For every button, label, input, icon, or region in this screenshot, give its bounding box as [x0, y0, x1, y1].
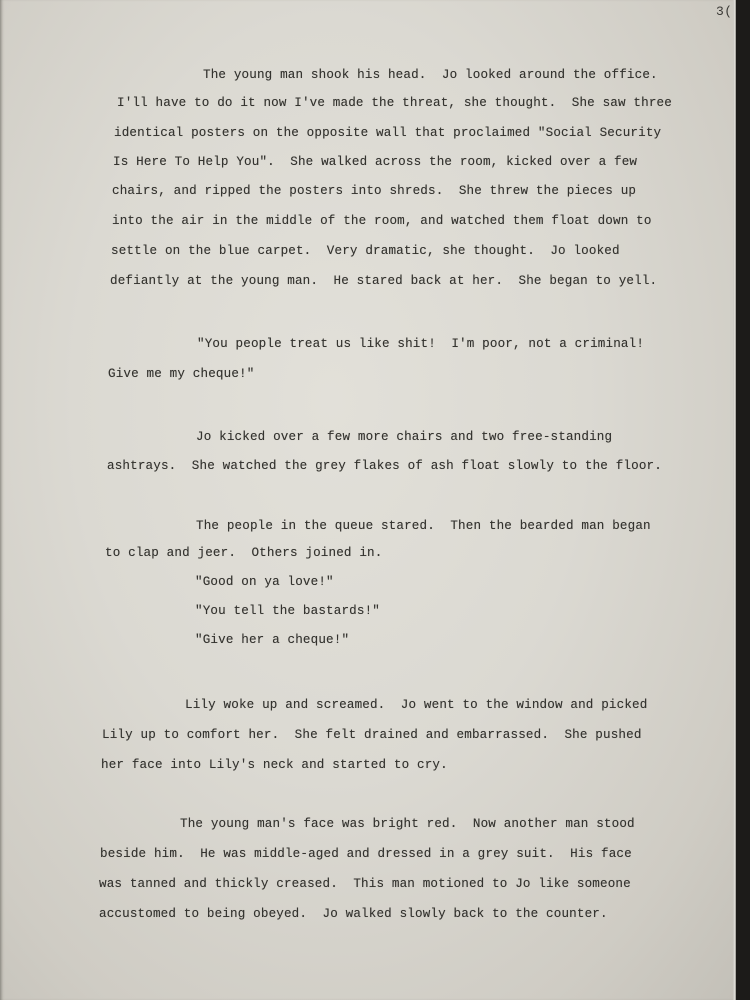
paragraph-1-line-8: defiantly at the young man. He stared ba… [110, 273, 657, 289]
manuscript-text: The young man shook his head. Jo looked … [0, 0, 735, 518]
paragraph-5-line-1: Lily woke up and screamed. Jo went to th… [185, 697, 647, 713]
paragraph-1-line-2: I'll have to do it now I've made the thr… [117, 95, 672, 111]
dialogue-line-2: "You tell the bastards!" [195, 603, 380, 619]
paragraph-1-line-4: Is Here To Help You". She walked across … [113, 154, 637, 170]
paragraph-1-line-7: settle on the blue carpet. Very dramatic… [111, 243, 620, 259]
typed-manuscript-page: 3( The young man shook his head. Jo look… [0, 0, 735, 1000]
paragraph-3-line-2: ashtrays. She watched the grey flakes of… [107, 458, 662, 474]
paragraph-2-line-2: Give me my cheque!" [108, 366, 254, 382]
paragraph-3-line-1: Jo kicked over a few more chairs and two… [196, 429, 612, 445]
paragraph-1-line-5: chairs, and ripped the posters into shre… [112, 183, 636, 199]
paragraph-4-line-1: The people in the queue stared. Then the… [196, 518, 651, 534]
paragraph-5-line-3: her face into Lily's neck and started to… [101, 757, 448, 773]
paragraph-6-line-1: The young man's face was bright red. Now… [180, 816, 635, 832]
paragraph-1-line-6: into the air in the middle of the room, … [112, 213, 652, 229]
paragraph-2-line-1: "You people treat us like shit! I'm poor… [197, 336, 644, 352]
paragraph-6-line-3: was tanned and thickly creased. This man… [99, 876, 631, 892]
paragraph-1-line-1: The young man shook his head. Jo looked … [203, 67, 658, 83]
dialogue-line-1: "Good on ya love!" [195, 574, 334, 590]
dialogue-line-3: "Give her a cheque!" [195, 632, 349, 648]
paragraph-6-line-2: beside him. He was middle-aged and dress… [100, 846, 632, 862]
paragraph-5-line-2: Lily up to comfort her. She felt drained… [102, 727, 642, 743]
page-edge [733, 0, 736, 1000]
paragraph-6-line-4: accustomed to being obeyed. Jo walked sl… [99, 906, 608, 922]
paragraph-1-line-3: identical posters on the opposite wall t… [114, 125, 661, 141]
paragraph-4-line-2: to clap and jeer. Others joined in. [105, 545, 382, 561]
